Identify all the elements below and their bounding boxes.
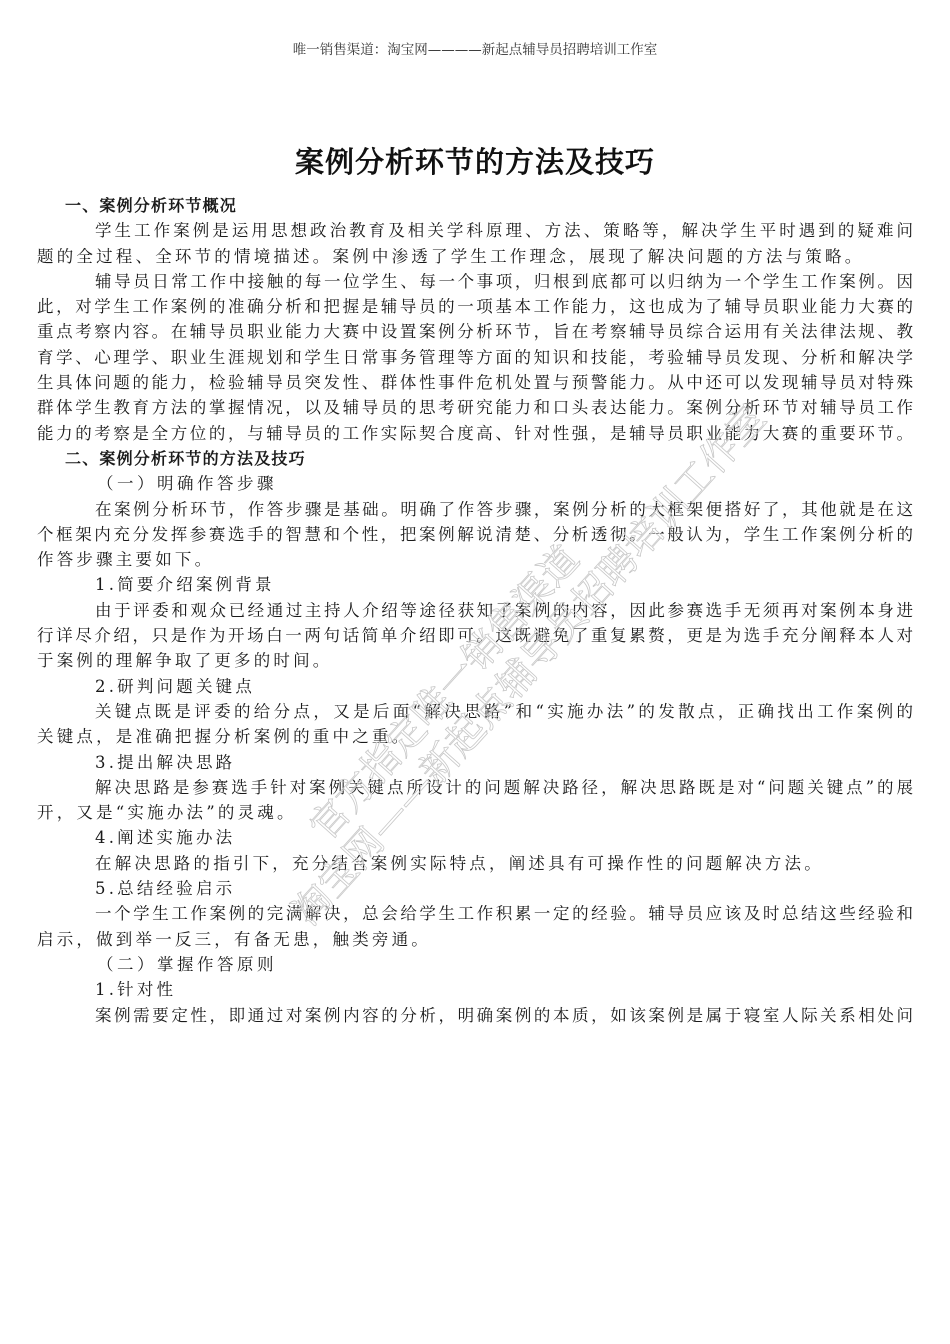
item-heading: 1.简要介绍案例背景 <box>37 572 913 597</box>
paragraph-line: 辅导员日常工作中接触的每一位学生、每一个事项，归根到底都可以归纳为一个学生工作案… <box>37 269 913 294</box>
paragraph-line: 于案例的理解争取了更多的时间。 <box>37 648 913 673</box>
paragraph-line: 群体学生教育方法的掌握情况，以及辅导员的思考研究能力和口头表达能力。案例分析环节… <box>37 395 913 420</box>
paragraph: 在解决思路的指引下，充分结合案例实际特点，阐述具有可操作性的问题解决方法。 <box>37 851 913 876</box>
paragraph-line: 解决思路是参赛选手针对案例关键点所设计的问题解决路径，解决思路既是对“问题关键点… <box>37 775 913 800</box>
paragraph-line: 生具体问题的能力，检验辅导员突发性、群体性事件危机处置与预警能力。从中还可以发现… <box>37 370 913 395</box>
paragraph-line: 在解决思路的指引下，充分结合案例实际特点，阐述具有可操作性的问题解决方法。 <box>37 851 913 876</box>
subsection-heading-2: （二）掌握作答原则 <box>37 952 913 977</box>
paragraph: 关键点既是评委的给分点，又是后面“解决思路”和“实施办法”的发散点，正确找出工作… <box>37 699 913 750</box>
header-note: 唯一销售渠道：淘宝网————新起点辅导员招聘培训工作室 <box>0 38 950 58</box>
paragraph-line: 启示，做到举一反三，有备无患，触类旁通。 <box>37 927 913 952</box>
paragraph-line: 此，对学生工作案例的准确分析和把握是辅导员的一项基本工作能力，这也成为了辅导员职… <box>37 294 913 319</box>
paragraph: 由于评委和观众已经通过主持人介绍等途径获知了案例的内容，因此参赛选手无须再对案例… <box>37 598 913 674</box>
paragraph: 辅导员日常工作中接触的每一位学生、每一个事项，归根到底都可以归纳为一个学生工作案… <box>37 269 913 446</box>
section-heading-2: 二、案例分析环节的方法及技巧 <box>37 446 913 471</box>
document-title: 案例分析环节的方法及技巧 <box>0 140 950 181</box>
paragraph-line: 题的全过程、全环节的情境描述。案例中渗透了学生工作理念，展现了解决问题的方法与策… <box>37 244 913 269</box>
paragraph-line: 案例需要定性，即通过对案例内容的分析，明确案例的本质，如该案例是属于寝室人际关系… <box>37 1003 913 1028</box>
item-heading: 4.阐述实施办法 <box>37 825 913 850</box>
paragraph-line: 行详尽介绍，只是作为开场白一两句话简单介绍即可。这既避免了重复累赘，更是为选手充… <box>37 623 913 648</box>
paragraph: 一个学生工作案例的完满解决，总会给学生工作积累一定的经验。辅导员应该及时总结这些… <box>37 901 913 952</box>
paragraph-line: 关键点既是评委的给分点，又是后面“解决思路”和“实施办法”的发散点，正确找出工作… <box>37 699 913 724</box>
item-heading: 1.针对性 <box>37 977 913 1002</box>
paragraph-line: 重点考察内容。在辅导员职业能力大赛中设置案例分析环节，旨在考察辅导员综合运用有关… <box>37 319 913 344</box>
subsection-heading-1: （一）明确作答步骤 <box>37 471 913 496</box>
document-page: 唯一销售渠道：淘宝网————新起点辅导员招聘培训工作室 案例分析环节的方法及技巧… <box>0 0 950 1344</box>
paragraph: 解决思路是参赛选手针对案例关键点所设计的问题解决路径，解决思路既是对“问题关键点… <box>37 775 913 826</box>
paragraph-line: 在案例分析环节，作答步骤是基础。明确了作答步骤，案例分析的大框架便搭好了，其他就… <box>37 497 913 522</box>
paragraph-line: 育学、心理学、职业生涯规划和学生日常事务管理等方面的知识和技能，考验辅导员发现、… <box>37 345 913 370</box>
paragraph-line: 个框架内充分发挥参赛选手的智慧和个性，把案例解说清楚、分析透彻。一般认为，学生工… <box>37 522 913 547</box>
paragraph-line: 作答步骤主要如下。 <box>37 547 913 572</box>
item-heading: 3.提出解决思路 <box>37 750 913 775</box>
paragraph: 案例需要定性，即通过对案例内容的分析，明确案例的本质，如该案例是属于寝室人际关系… <box>37 1003 913 1028</box>
paragraph: 在案例分析环节，作答步骤是基础。明确了作答步骤，案例分析的大框架便搭好了，其他就… <box>37 497 913 573</box>
paragraph-line: 由于评委和观众已经通过主持人介绍等途径获知了案例的内容，因此参赛选手无须再对案例… <box>37 598 913 623</box>
paragraph-line: 能力的考察是全方位的，与辅导员的工作实际契合度高、针对性强，是辅导员职业能力大赛… <box>37 421 913 446</box>
item-heading: 2.研判问题关键点 <box>37 674 913 699</box>
paragraph-line: 一个学生工作案例的完满解决，总会给学生工作积累一定的经验。辅导员应该及时总结这些… <box>37 901 913 926</box>
paragraph-line: 开，又是“实施办法”的灵魂。 <box>37 800 913 825</box>
item-heading: 5.总结经验启示 <box>37 876 913 901</box>
paragraph-line: 学生工作案例是运用思想政治教育及相关学科原理、方法、策略等，解决学生平时遇到的疑… <box>37 218 913 243</box>
section-heading-1: 一、案例分析环节概况 <box>37 193 913 218</box>
paragraph: 学生工作案例是运用思想政治教育及相关学科原理、方法、策略等，解决学生平时遇到的疑… <box>37 218 913 269</box>
paragraph-line: 关键点，是准确把握分析案例的重中之重。 <box>37 724 913 749</box>
document-body: 一、案例分析环节概况 学生工作案例是运用思想政治教育及相关学科原理、方法、策略等… <box>37 193 913 1028</box>
